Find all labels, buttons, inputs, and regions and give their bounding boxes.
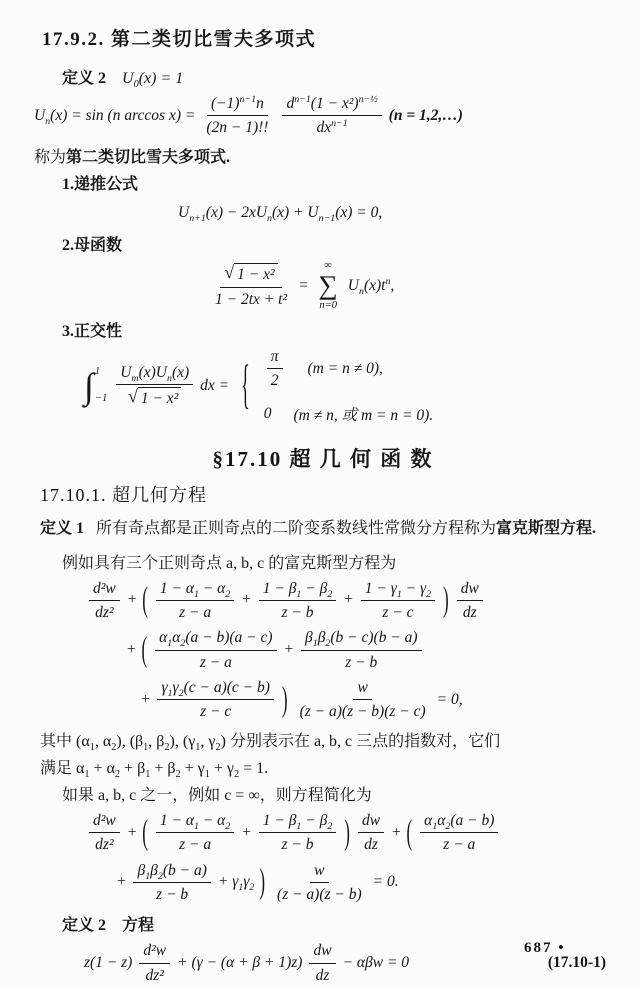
left-paren: (	[141, 630, 147, 671]
sqrt-icon: √	[128, 387, 138, 407]
chebyshev-main-formula: Un(x) = sin (n arccos x) = (−1)n−1n (2n …	[34, 94, 606, 138]
cases-brace: {	[241, 354, 250, 417]
numerator: β1β2(b − a)	[133, 861, 210, 883]
fraction: β1β2(b − c)(b − a) z − b	[301, 628, 422, 672]
definition-2-label: 定义 2	[62, 70, 106, 87]
equation-pre: z(1 − z)	[84, 954, 132, 972]
integral-icon: ∫	[84, 368, 94, 404]
gamma-term: + γ1γ2	[218, 873, 254, 891]
sum-lower-limit: n=0	[319, 301, 337, 312]
numerator: 1 − β1 − β2	[259, 811, 337, 833]
numerator: dw	[309, 941, 335, 963]
if-line: 如果 a, b, c 之一，例如 c = ∞，则方程简化为	[62, 782, 606, 805]
definition-2-word: 方程	[122, 917, 154, 934]
plus-sign: +	[126, 641, 136, 659]
integral-lower-limit: −1	[95, 394, 107, 405]
sum-icon: ∑	[319, 272, 338, 299]
integral: ∫ 1 −1	[84, 367, 107, 405]
scanned-book-page: 17.9.2. 第二类切比雪夫多项式 定义 2 U0(x) = 1 Un(x) …	[0, 0, 640, 988]
fraction: d²w dz²	[139, 941, 170, 985]
denominator: z − c	[196, 700, 235, 721]
radical: √ 1 − x²	[128, 387, 181, 408]
denominator: 2	[267, 369, 283, 390]
numerator: α1α2(a − b)(a − c)	[155, 628, 276, 650]
fuchs-equation-line-3: + γ1γ2(c − a)(c − b) z − c ) w (z − a)(z…	[140, 678, 606, 722]
fraction: 1 − β1 − β2 z − b	[259, 579, 337, 623]
left-paren: (	[142, 812, 148, 853]
section-heading-1792: 17.9.2. 第二类切比雪夫多项式	[42, 24, 606, 51]
example-intro-line: 例如具有三个正则奇点 a, b, c 的富克斯型方程为	[62, 550, 606, 573]
fraction: √ 1 − x² 1 − 2tx + t²	[211, 263, 291, 309]
plus-sign: +	[241, 824, 251, 842]
denominator: √ 1 − x²	[124, 385, 185, 408]
fraction: 1 − α1 − α2 z − a	[156, 579, 234, 623]
fraction: dn−1(1 − x²)n−½ dxn−1	[282, 94, 381, 138]
fraction: β1β2(b − a) z − b	[133, 861, 210, 905]
formula-condition: (n = 1,2,…)	[389, 107, 463, 125]
fraction: (−1)n−1n (2n − 1)!!	[202, 94, 272, 138]
orthogonality-formula: ∫ 1 −1 Um(x)Un(x) √ 1 − x² dx = { π 2	[84, 347, 606, 425]
fraction: π 2	[267, 347, 283, 391]
denominator: dz	[312, 964, 334, 985]
denominator: dxn−1	[312, 116, 351, 137]
subsection-heading-17101: 17.10.1. 超几何方程	[40, 481, 606, 507]
plus-sign: +	[284, 641, 294, 659]
plus-sign: +	[391, 824, 401, 842]
fuchs-equation-line-1: d²w dz² + ( 1 − α1 − α2 z − a + 1 − β1 −…	[86, 579, 606, 623]
reduced-equation-line-1: d²w dz² + ( 1 − α1 − α2 z − a + 1 − β1 −…	[86, 811, 606, 855]
denominator: dz²	[91, 833, 117, 854]
item-orthogonality-label: 3.正交性	[62, 318, 606, 341]
fuchs-equation-line-2: + ( α1α2(a − b)(a − c) z − a + β1β2(b − …	[126, 628, 606, 672]
numerator: dw	[457, 579, 483, 601]
definition-1-label: 定义 1	[40, 520, 84, 537]
numerator: α1α2(a − b)	[420, 811, 498, 833]
case-condition: (m ≠ n, 或 m = n = 0).	[294, 403, 434, 425]
reduced-equation-line-2: + β1β2(b − a) z − b + γ1γ2 ) w (z − a)(z…	[116, 861, 606, 905]
equation-post: − αβw = 0	[343, 954, 410, 972]
generating-function-formula: √ 1 − x² 1 − 2tx + t² = ∞ ∑ n=0 Un(x)tn,	[208, 261, 606, 312]
fraction: d²w dz²	[89, 811, 120, 855]
called-prefix: 称为	[34, 149, 66, 166]
equation-tail: = 0.	[373, 873, 399, 891]
plus-sign: +	[241, 591, 251, 609]
numerator: β1β2(b − c)(b − a)	[301, 628, 422, 650]
formula-lhs: Un(x) = sin (n arccos x) =	[34, 107, 195, 125]
fraction: w (z − a)(z − b)	[273, 861, 366, 905]
denominator: 1 − 2tx + t²	[211, 288, 291, 309]
called-term: 第二类切比雪夫多项式.	[66, 149, 230, 166]
definition-1-term: 富克斯型方程.	[496, 520, 596, 537]
numerator: γ1γ2(c − a)(c − b)	[157, 678, 273, 700]
where-paragraph-line-2: 满足 α1 + α2 + β1 + β2 + γ1 + γ2 = 1.	[40, 755, 606, 778]
where-paragraph-line-1: 其中 (α1, α2), (β1, β2), (γ1, γ2) 分别表示在 a,…	[40, 728, 606, 751]
radical: √ 1 − x²	[224, 263, 277, 284]
fraction: α1α2(a − b) z − a	[420, 811, 498, 855]
plus-sign: +	[127, 591, 137, 609]
definition-1-paragraph: 定义 1所有奇点都是正则奇点的二阶变系数线性常微分方程称为富克斯型方程.	[40, 515, 606, 544]
denominator: dz	[360, 833, 382, 854]
generating-rhs: Un(x)tn,	[348, 277, 395, 295]
numerator: √ 1 − x²	[220, 263, 281, 287]
summation: ∞ ∑ n=0	[319, 261, 338, 312]
numerator: 1 − α1 − α2	[156, 811, 234, 833]
radicand: 1 − x²	[234, 263, 278, 284]
fraction: d²w dz²	[89, 579, 120, 623]
recurrence-equation: Un+1(x) − 2xUn(x) + Un−1(x) = 0,	[178, 204, 382, 222]
integral-after: dx =	[200, 377, 229, 395]
numerator: d²w	[139, 941, 170, 963]
plus-sign: +	[140, 691, 150, 709]
fraction: dw dz	[309, 941, 335, 985]
definition-2-hyper-line: 定义 2 方程	[62, 912, 606, 935]
equation-mid: + (γ − (α + β + 1)z)	[177, 954, 302, 972]
denominator: z − a	[175, 601, 215, 622]
fraction: Um(x)Un(x) √ 1 − x²	[116, 363, 193, 409]
numerator: Um(x)Un(x)	[116, 363, 193, 385]
left-paren: (	[407, 812, 413, 853]
right-paren: )	[282, 679, 288, 720]
sqrt-icon: √	[224, 263, 234, 283]
integral-limits: 1 −1	[95, 367, 107, 405]
denominator: z − c	[378, 601, 417, 622]
fraction: dw dz	[457, 579, 483, 623]
cases-column: π 2 (m = n ≠ 0), 0 (m ≠ n, 或 m = n = 0).	[264, 347, 433, 425]
definition-1-text: 所有奇点都是正则奇点的二阶变系数线性常微分方程称为	[96, 520, 496, 537]
denominator: (2n − 1)!!	[202, 116, 272, 137]
numerator: w	[310, 861, 328, 883]
recurrence-formula: Un+1(x) − 2xUn(x) + Un−1(x) = 0,	[178, 200, 606, 226]
equals-sign: =	[298, 277, 308, 295]
fraction: 1 − γ1 − γ2 z − c	[361, 579, 435, 623]
denominator: dz²	[142, 964, 168, 985]
denominator: z − a	[175, 833, 215, 854]
numerator: 1 − γ1 − γ2	[361, 579, 435, 601]
numerator: d²w	[89, 579, 120, 601]
case-condition: (m = n ≠ 0),	[308, 360, 383, 378]
item-generating-label: 2.母函数	[62, 232, 606, 255]
definition-2-line: 定义 2 U0(x) = 1	[62, 65, 606, 88]
fraction: dw dz	[358, 811, 384, 855]
right-paren: )	[443, 580, 449, 621]
fraction: 1 − α1 − α2 z − a	[156, 811, 234, 855]
denominator: (z − a)(z − b)(z − c)	[296, 700, 430, 721]
integral-upper-limit: 1	[95, 367, 107, 378]
denominator: (z − a)(z − b)	[273, 883, 366, 904]
numerator: 1 − α1 − α2	[156, 579, 234, 601]
left-paren: (	[142, 580, 148, 621]
numerator: (−1)n−1n	[207, 94, 268, 116]
denominator: z − b	[152, 883, 192, 904]
case-row: π 2 (m = n ≠ 0),	[264, 347, 433, 391]
fraction: α1α2(a − b)(a − c) z − a	[155, 628, 276, 672]
numerator: 1 − β1 − β2	[259, 579, 337, 601]
fraction: w (z − a)(z − b)(z − c)	[296, 678, 430, 722]
denominator: z − b	[278, 833, 318, 854]
page-number: 687 •	[524, 940, 566, 957]
chapter-heading-1710: §17.10 超 几 何 函 数	[40, 443, 606, 473]
definition-2-formula: U0(x) = 1	[122, 70, 183, 87]
page-number-value: 687	[524, 940, 553, 956]
item-recurrence-label: 1.递推公式	[62, 171, 606, 194]
numerator: dw	[358, 811, 384, 833]
case-row: 0 (m ≠ n, 或 m = n = 0).	[264, 403, 433, 425]
fraction: γ1γ2(c − a)(c − b) z − c	[157, 678, 273, 722]
numerator: d²w	[89, 811, 120, 833]
denominator: dz	[459, 601, 481, 622]
denominator: z − a	[196, 651, 236, 672]
numerator: π	[267, 347, 283, 369]
case-value: 0	[264, 405, 272, 423]
fraction: 1 − β1 − β2 z − b	[259, 811, 337, 855]
plus-sign: +	[116, 873, 126, 891]
numerator: w	[353, 678, 371, 700]
denominator: dz²	[91, 601, 117, 622]
page-number-dot: •	[558, 940, 565, 956]
denominator: z − a	[439, 833, 479, 854]
called-line: 称为第二类切比雪夫多项式.	[34, 144, 606, 167]
plus-sign: +	[343, 591, 353, 609]
denominator: z − b	[278, 601, 318, 622]
right-paren: )	[259, 862, 265, 903]
denominator: z − b	[341, 651, 381, 672]
equation-tail: = 0,	[437, 691, 463, 709]
plus-sign: +	[127, 824, 137, 842]
right-paren: )	[344, 812, 350, 853]
numerator: dn−1(1 − x²)n−½	[282, 94, 381, 116]
radicand: 1 − x²	[138, 387, 182, 408]
definition-2-label: 定义 2	[62, 917, 106, 934]
